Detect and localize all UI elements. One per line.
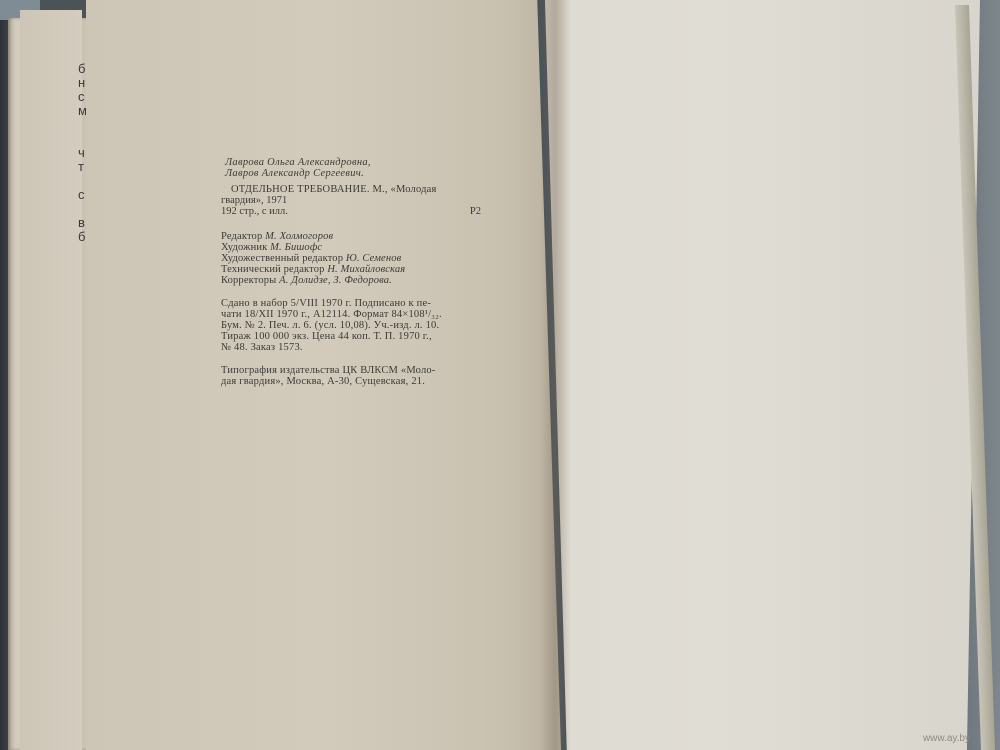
pub-line: Бум. № 2. Печ. л. 6. (усл. 10,08). Уч.-и… bbox=[221, 320, 491, 331]
pub-line: Тираж 100 000 экз. Цена 44 коп. Т. П. 19… bbox=[221, 331, 491, 342]
title-block: ОТДЕЛЬНОЕ ТРЕБОВАНИЕ. М., «Молодая гвард… bbox=[221, 184, 491, 217]
book-title-line: ОТДЕЛЬНОЕ ТРЕБОВАНИЕ. М., «Молодая bbox=[221, 184, 491, 195]
pages-count: 192 стр., с илл. bbox=[221, 206, 288, 217]
credit-artist: Художник М. Бишофс bbox=[221, 242, 491, 253]
credit-proofreaders: Корректоры А. Долидзе, З. Федорова. bbox=[221, 275, 491, 286]
publisher-year: гвардия», 1971 bbox=[221, 195, 491, 206]
pub-line: Сдано в набор 5/VIII 1970 г. Подписано к… bbox=[221, 298, 491, 309]
imprint-block: Лаврова Ольга Александровна, Лавров Алек… bbox=[221, 157, 491, 387]
printer-info: Типография издательства ЦК ВЛКСМ «Моло- … bbox=[221, 365, 491, 387]
pub-line: чати 18/XII 1970 г., А12114. Формат 84×1… bbox=[221, 309, 491, 320]
right-page-blank bbox=[545, 0, 980, 750]
printer-line: Типография издательства ЦК ВЛКСМ «Моло- bbox=[221, 365, 491, 376]
watermark: www.ay.by bbox=[923, 733, 970, 744]
credit-art-editor: Художественный редактор Ю. Семенов bbox=[221, 253, 491, 264]
pages-row: 192 стр., с илл. Р2 bbox=[221, 206, 491, 217]
author-1: Лаврова Ольга Александровна, bbox=[225, 157, 491, 168]
classification-code: Р2 bbox=[470, 206, 481, 217]
authors: Лаврова Ольга Александровна, Лавров Алек… bbox=[225, 157, 491, 179]
previous-page-strip bbox=[20, 10, 82, 750]
book-gutter bbox=[540, 0, 570, 750]
pub-line: № 48. Заказ 1573. bbox=[221, 342, 491, 353]
author-2: Лавров Александр Сергеевич. bbox=[225, 168, 491, 179]
credits: Редактор М. Холмогоров Художник М. Бишоф… bbox=[221, 231, 491, 286]
credit-editor: Редактор М. Холмогоров bbox=[221, 231, 491, 242]
printer-line: дая гвардия», Москва, А-30, Сущевская, 2… bbox=[221, 376, 491, 387]
publication-data: Сдано в набор 5/VIII 1970 г. Подписано к… bbox=[221, 298, 491, 353]
credit-tech-editor: Технический редактор Н. Михайловская bbox=[221, 264, 491, 275]
